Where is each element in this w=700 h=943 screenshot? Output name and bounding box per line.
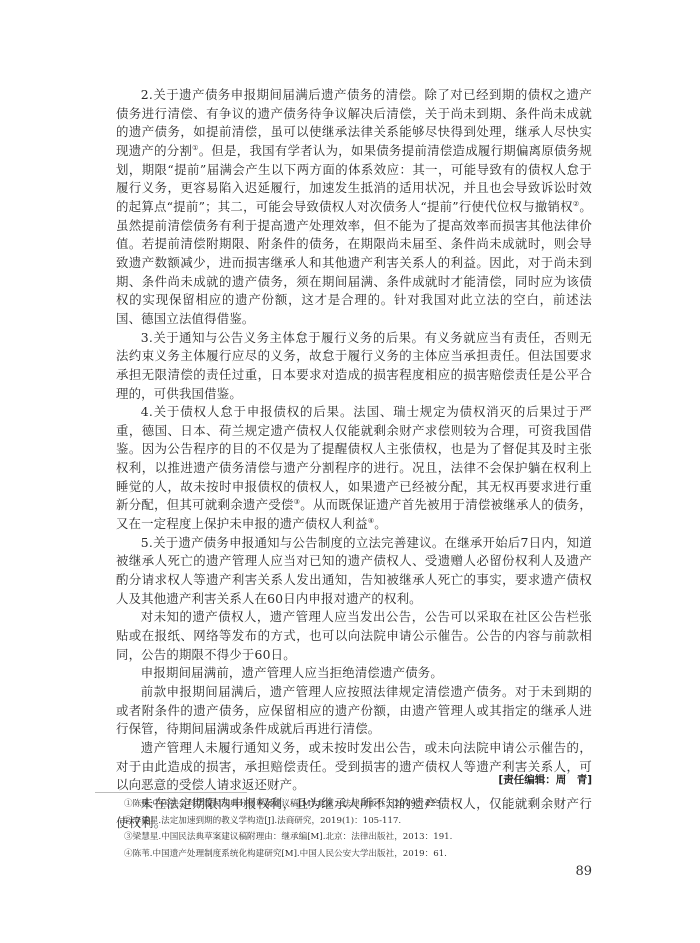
- responsible-editor: [责任编辑：周 青]: [498, 772, 592, 787]
- paragraph-before-expiry: 申报期间届满前，遗产管理人应当拒绝清偿遗产债务。: [116, 664, 592, 683]
- footnote-4: ④陈苇.中国遗产处理制度系统化构建研究[M].中国人民公安大学出版社，2019：…: [124, 846, 594, 863]
- footnote-1: ①陈甦.中国社会科学院民法典分则草案建议稿[M].北京：法律出版社，2019：4…: [124, 796, 594, 813]
- paragraph-after-expiry: 前款申报期间届满后，遗产管理人应按照法律规定清偿遗产债务。对于未到期的或者附条件…: [116, 683, 592, 739]
- paragraph-4: 4.关于债权人怠于申报债权的后果。法国、瑞士规定为债权消灭的后果过于严重，德国、…: [116, 403, 592, 534]
- footnote-2: ②李建星.法定加速到期的教义学构造[J].法商研究，2019(1)：105-11…: [124, 813, 594, 830]
- paragraph-5: 5.关于遗产债务申报通知与公告制度的立法完善建议。在继承开始后7日内，知道被继承…: [116, 534, 592, 609]
- footnote-ref: ②: [573, 200, 580, 208]
- body-text: 2.关于遗产债务申报期间届满后遗产债务的清偿。除了对已经到期的债权之遗产债务进行…: [116, 86, 592, 832]
- paragraph-2: 2.关于遗产债务申报期间届满后遗产债务的清偿。除了对已经到期的债权之遗产债务进行…: [116, 86, 592, 329]
- footnote-3: ③梁慧星.中国民法典草案建议稿附理由：继承编[M].北京：法律出版社，2013：…: [124, 829, 594, 846]
- paragraph-unknown-creditors: 对未知的遗产债权人，遗产管理人应当发出公告，公告可以采取在社区公告栏张贴或在报纸…: [116, 608, 592, 664]
- page-number: 89: [575, 864, 592, 879]
- paragraph-3: 3.关于通知与公告义务主体怠于履行义务的后果。有义务就应当有责任，否则无法约束义…: [116, 329, 592, 404]
- footnotes: ①陈甦.中国社会科学院民法典分则草案建议稿[M].北京：法律出版社，2019：4…: [124, 796, 594, 862]
- footnote-ref: ①: [192, 144, 199, 152]
- footnote-divider: [95, 792, 247, 793]
- footnote-ref: ③: [294, 498, 301, 506]
- footnote-ref: ④: [368, 517, 374, 525]
